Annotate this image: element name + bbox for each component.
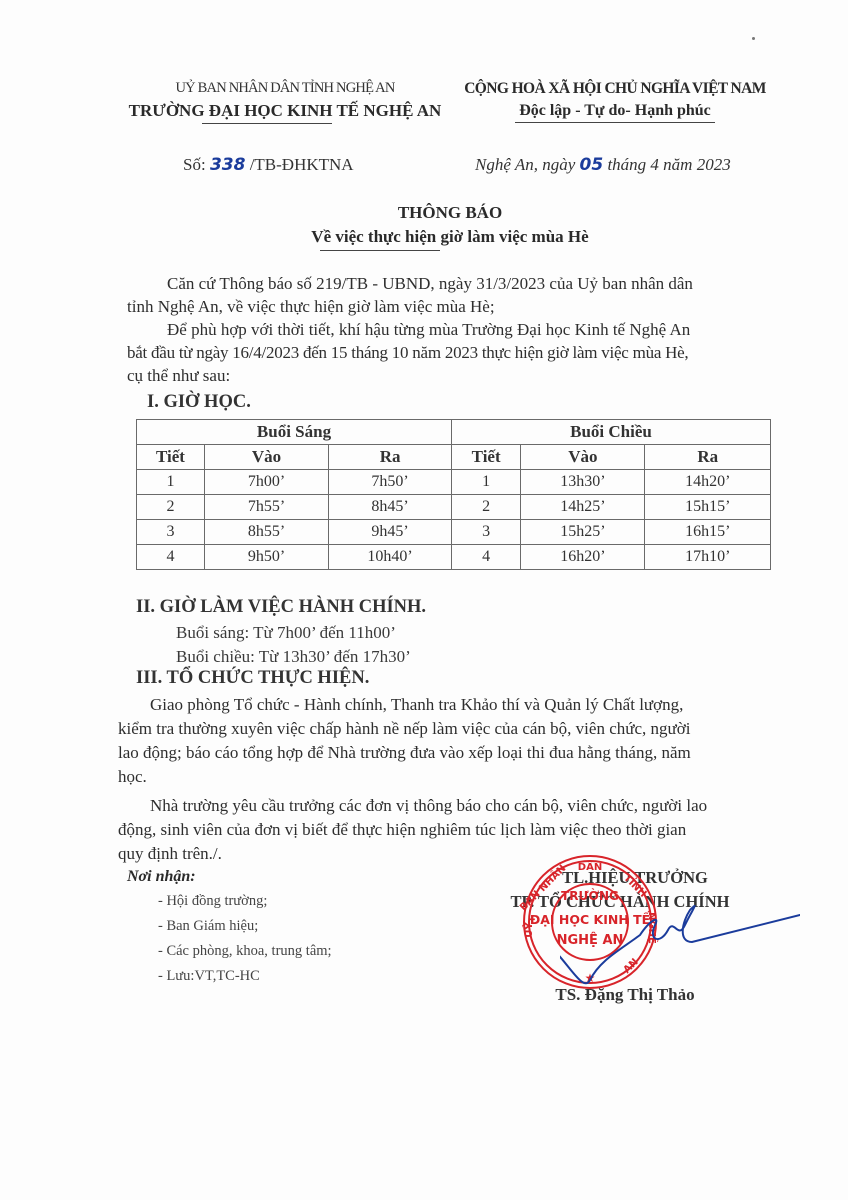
table-cell: 2 [137,495,205,520]
issuing-authority: UỶ BAN NHÂN DÂN TỈNH NGHỆ AN TRƯỜNG ĐẠI … [120,80,450,124]
table-cell: 7h00’ [204,470,328,495]
office-hours-morning: Buổi sáng: Từ 7h00’ đến 11h00’ [176,622,396,645]
date-suffix: tháng 4 năm 2023 [607,155,730,174]
table-cell: 10h40’ [329,545,452,570]
intro-line: Căn cứ Thông báo số 219/TB - UBND, ngày … [167,273,693,296]
table-row: 17h00’7h50’113h30’14h20’ [137,470,771,495]
table-row: 38h55’9h45’315h25’16h15’ [137,520,771,545]
header-right-rule [515,122,715,123]
intro-line: bắt đầu từ ngày 16/4/2023 đến 15 tháng 1… [127,342,688,365]
table-cell: 4 [137,545,205,570]
intro-line: tỉnh Nghệ An, về việc thực hiện giờ làm … [127,296,495,319]
body-line: Nhà trường yêu cầu trưởng các đơn vị thô… [150,795,707,818]
signer-name: TS. Đặng Thị Thảo [525,985,725,1005]
table-cell: 8h45’ [329,495,452,520]
authority-name: UỶ BAN NHÂN DÂN TỈNH NGHỆ AN [120,80,450,97]
date-prefix: Nghệ An, ngày [475,155,575,174]
section-1-heading: I. GIỜ HỌC. [147,392,251,413]
document-title: THÔNG BÁO [120,203,780,223]
recipient-item: - Lưu:VT,TC-HC [158,968,260,985]
table-cell: 14h25’ [521,495,645,520]
intro-line: Để phù hợp với thời tiết, khí hậu từng m… [167,319,690,342]
school-name: TRƯỜNG ĐẠI HỌC KINH TẾ NGHỆ AN [120,101,450,121]
column-header: Tiết [452,445,521,470]
column-header: Tiết [137,445,205,470]
intro-line: cụ thể như sau: [127,365,230,388]
column-header: Ra [329,445,452,470]
office-hours-afternoon: Buổi chiều: Từ 13h30’ đến 17h30’ [176,646,411,669]
motto: Độc lập - Tự do- Hạnh phúc [450,102,780,120]
table-header-row: Tiết Vào Ra Tiết Vào Ra [137,445,771,470]
table-cell: 13h30’ [521,470,645,495]
document-number: Số: 338 /TB-ĐHKTNA [183,155,354,175]
document-subtitle: Về việc thực hiện giờ làm việc mùa Hè [120,227,780,247]
column-header: Vào [204,445,328,470]
afternoon-header: Buổi Chiều [452,420,771,445]
scan-speck [752,37,755,40]
subtitle-rule [320,250,440,251]
table-cell: 4 [452,545,521,570]
class-schedule-table: Buổi Sáng Buổi Chiều Tiết Vào Ra Tiết Và… [136,419,771,570]
body-line: động, sinh viên của đơn vị biết để thực … [118,819,686,842]
svg-text:DÂN: DÂN [578,860,602,873]
recipients-title: Nơi nhận: [127,868,196,886]
table-cell: 2 [452,495,521,520]
table-cell: 7h55’ [204,495,328,520]
table-cell: 16h15’ [645,520,771,545]
table-cell: 8h55’ [204,520,328,545]
section-2-heading: II. GIỜ LÀM VIỆC HÀNH CHÍNH. [136,597,426,618]
recipient-item: - Các phòng, khoa, trung tâm; [158,943,332,960]
body-line: Giao phòng Tổ chức - Hành chính, Thanh t… [150,694,683,717]
table-cell: 9h50’ [204,545,328,570]
body-line: lao động; báo cáo tổng hợp để Nhà trường… [118,742,691,765]
body-line: kiểm tra thường xuyên việc chấp hành nề … [118,718,690,741]
country-name: CỘNG HOÀ XÃ HỘI CHỦ NGHĨA VIỆT NAM [450,80,780,98]
doc-number-handwritten: 338 [210,155,246,175]
table-cell: 3 [137,520,205,545]
recipient-item: - Hội đồng trường; [158,893,267,910]
body-line: học. [118,766,147,789]
document-date: Nghệ An, ngày 05 tháng 4 năm 2023 [475,155,731,175]
column-header: Ra [645,445,771,470]
handwritten-signature-icon [560,880,800,990]
table-cell: 14h20’ [645,470,771,495]
table-cell: 15h25’ [521,520,645,545]
doc-number-suffix: /TB-ĐHKTNA [250,155,354,174]
table-cell: 16h20’ [521,545,645,570]
table-cell: 3 [452,520,521,545]
table-cell: 15h15’ [645,495,771,520]
table-cell: 1 [137,470,205,495]
section-3-heading: III. TỔ CHỨC THỰC HIỆN. [136,668,369,689]
table-cell: 9h45’ [329,520,452,545]
table-row: 27h55’8h45’214h25’15h15’ [137,495,771,520]
recipient-item: - Ban Giám hiệu; [158,918,258,935]
table-cell: 17h10’ [645,545,771,570]
document-page: UỶ BAN NHÂN DÂN TỈNH NGHỆ AN TRƯỜNG ĐẠI … [0,0,848,1200]
doc-number-prefix: Số: [183,155,206,174]
body-line: quy định trên./. [118,843,222,866]
column-header: Vào [521,445,645,470]
morning-header: Buổi Sáng [137,420,452,445]
table-row: 49h50’10h40’416h20’17h10’ [137,545,771,570]
national-motto: CỘNG HOÀ XÃ HỘI CHỦ NGHĨA VIỆT NAM Độc l… [450,80,780,123]
table-group-row: Buổi Sáng Buổi Chiều [137,420,771,445]
table-cell: 1 [452,470,521,495]
header-left-rule [202,123,332,124]
date-day-handwritten: 05 [580,155,604,175]
table-cell: 7h50’ [329,470,452,495]
